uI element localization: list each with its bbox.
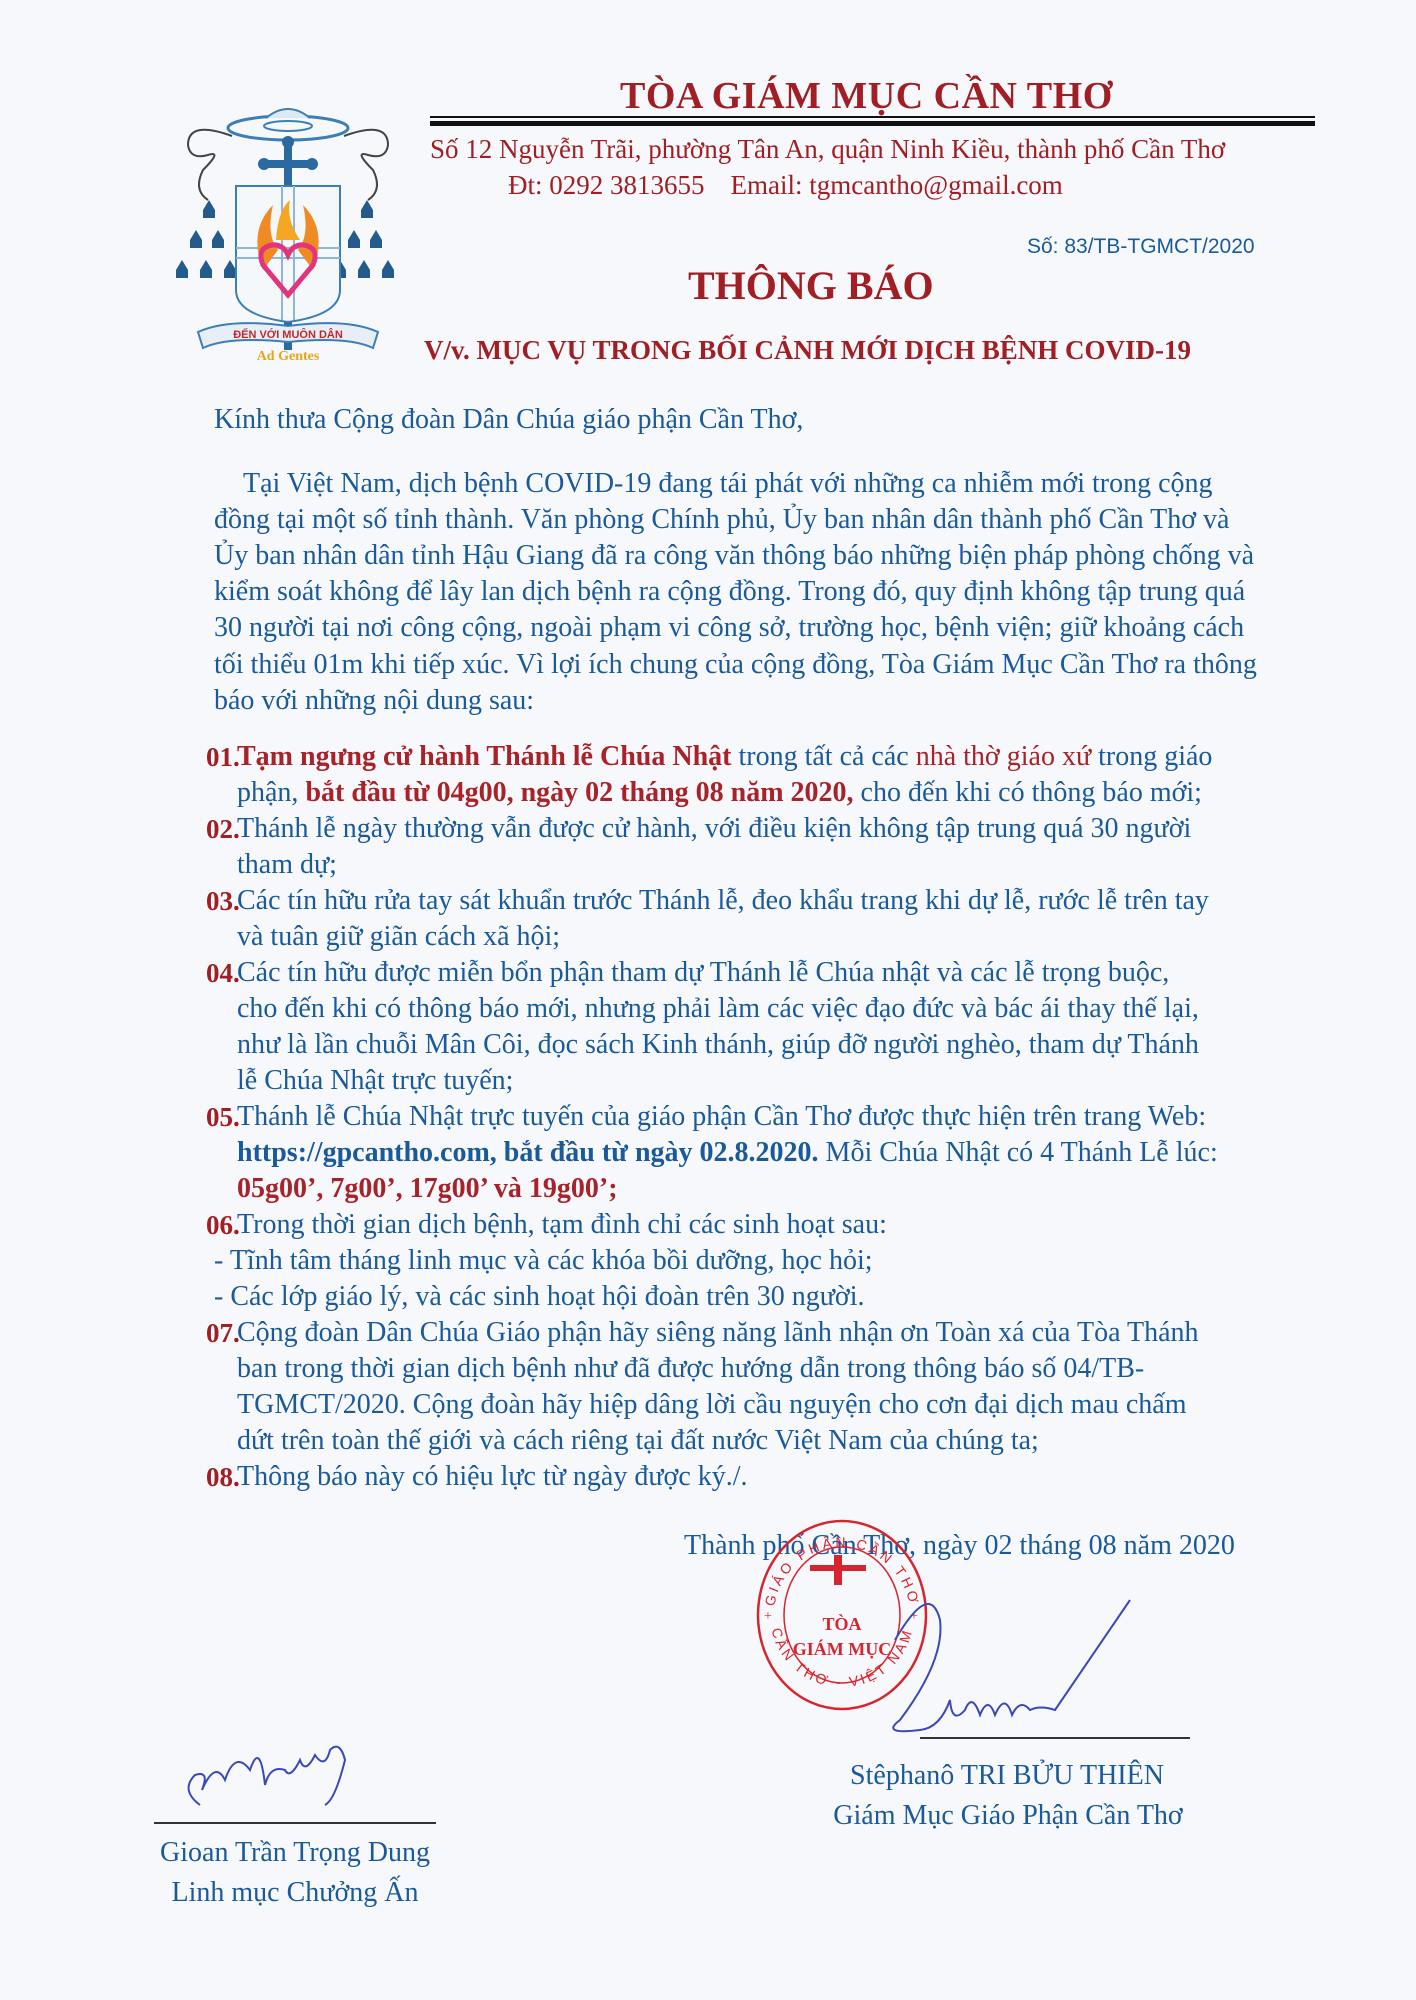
item-line: Thánh lễ Chúa Nhật trực tuyến của giáo p… bbox=[237, 1101, 1206, 1133]
item-text-segment: lễ Chúa Nhật trực tuyến; bbox=[237, 1065, 513, 1096]
item-text-segment: TGMCT/2020. Cộng đoàn hãy hiệp dâng lời … bbox=[237, 1389, 1187, 1420]
item-text-segment: trong tất cả các bbox=[731, 741, 915, 772]
item-line: https://gpcantho.com, bắt đầu từ ngày 02… bbox=[237, 1137, 1218, 1169]
sub-item: - Các lớp giáo lý, và các sinh hoạt hội … bbox=[214, 1281, 865, 1313]
item-line: Trong thời gian dịch bệnh, tạm đình chỉ … bbox=[237, 1209, 887, 1241]
svg-text:TÒA: TÒA bbox=[822, 1613, 861, 1634]
item-text-segment: cho đến khi có thông báo mới; bbox=[854, 777, 1202, 808]
item-text-segment: bắt đầu từ 04g00, ngày 02 tháng 08 năm 2… bbox=[305, 777, 853, 808]
item-number: 06. bbox=[206, 1210, 240, 1241]
svg-text:ĐẾN VỚI MUÔN DÂN: ĐẾN VỚI MUÔN DÂN bbox=[233, 328, 343, 341]
svg-text:+: + bbox=[764, 1609, 772, 1624]
item-text-segment: Thông báo này có hiệu lực từ ngày được k… bbox=[237, 1461, 748, 1492]
phone-number: Đt: 0292 3813655 bbox=[508, 170, 705, 200]
item-text-segment: Trong thời gian dịch bệnh, tạm đình chỉ … bbox=[237, 1209, 887, 1240]
item-text-segment: Các tín hữu rửa tay sát khuẩn trước Thán… bbox=[237, 885, 1209, 916]
item-line: 05g00’, 7g00’, 17g00’ và 19g00’; bbox=[237, 1173, 618, 1205]
item-number: 04. bbox=[206, 958, 240, 989]
item-line: lễ Chúa Nhật trực tuyến; bbox=[237, 1065, 513, 1097]
item-line: Tạm ngưng cử hành Thánh lễ Chúa Nhật tro… bbox=[237, 741, 1212, 773]
item-number: 08. bbox=[206, 1462, 240, 1493]
chancellor-signature-icon bbox=[140, 1720, 390, 1810]
bishop-title: Giám Mục Giáo Phận Cần Thơ bbox=[808, 1800, 1208, 1832]
item-text-segment: dứt trên toàn thế giới và cách riêng tại… bbox=[237, 1425, 1039, 1456]
item-line: TGMCT/2020. Cộng đoàn hãy hiệp dâng lời … bbox=[237, 1389, 1187, 1421]
item-text-segment: https://gpcantho.com, bắt đầu từ ngày 02… bbox=[237, 1137, 819, 1168]
item-line: tham dự; bbox=[237, 849, 337, 881]
item-line: Các tín hữu rửa tay sát khuẩn trước Thán… bbox=[237, 885, 1209, 917]
item-text-segment: ban trong thời gian dịch bệnh như đã đượ… bbox=[237, 1353, 1144, 1384]
item-line: Thông báo này có hiệu lực từ ngày được k… bbox=[237, 1461, 748, 1493]
item-number: 01. bbox=[206, 742, 240, 773]
header-rule-thick bbox=[430, 121, 1315, 126]
bishop-name: Stêphanô TRI BỬU THIÊN bbox=[827, 1760, 1187, 1792]
item-text-segment: và tuân giữ giãn cách xã hội; bbox=[237, 921, 560, 952]
intro-line: báo với những nội dung sau: bbox=[214, 687, 534, 715]
coat-of-arms-icon: ĐẾN VỚI MUÔN DÂN Ad Gentes bbox=[168, 100, 408, 360]
item-text-segment: Cộng đoàn Dân Chúa Giáo phận hãy siêng n… bbox=[237, 1317, 1199, 1348]
item-text-segment: như là lần chuỗi Mân Côi, đọc sách Kinh … bbox=[237, 1029, 1199, 1060]
bishop-signature-line bbox=[920, 1737, 1190, 1739]
chancellor-signature-line bbox=[154, 1822, 436, 1824]
document-subject: V/v. MỤC VỤ TRONG BỐI CẢNH MỚI DỊCH BỆNH… bbox=[424, 335, 1191, 366]
document-title: THÔNG BÁO bbox=[688, 262, 934, 309]
intro-line: đồng tại một số tỉnh thành. Văn phòng Ch… bbox=[214, 506, 1229, 534]
email-address: Email: tgmcantho@gmail.com bbox=[731, 170, 1063, 200]
chancellor-title: Linh mục Chưởng Ấn bbox=[130, 1877, 460, 1909]
item-text-segment: 05g00’, 7g00’, 17g00’ và 19g00’; bbox=[237, 1173, 618, 1204]
svg-text:GIÁM MỤC: GIÁM MỤC bbox=[793, 1638, 891, 1659]
organization-address: Số 12 Nguyễn Trãi, phường Tân An, quận N… bbox=[430, 134, 1225, 165]
document-number: Số: 83/TB-TGMCT/2020 bbox=[1027, 235, 1255, 259]
intro-line: Ủy ban nhân dân tỉnh Hậu Giang đã ra côn… bbox=[214, 542, 1254, 570]
item-line: và tuân giữ giãn cách xã hội; bbox=[237, 921, 560, 953]
sub-item: - Tĩnh tâm tháng linh mục và các khóa bồ… bbox=[214, 1245, 873, 1277]
svg-text:Ad Gentes: Ad Gentes bbox=[257, 349, 320, 360]
bishop-signature-icon bbox=[890, 1580, 1190, 1740]
item-text-segment: tham dự; bbox=[237, 849, 337, 880]
item-text-segment: Thánh lễ Chúa Nhật trực tuyến của giáo p… bbox=[237, 1101, 1206, 1132]
chancellor-name: Gioan Trần Trọng Dung bbox=[130, 1837, 460, 1869]
item-number: 03. bbox=[206, 886, 240, 917]
item-text-segment: nhà thờ giáo xứ bbox=[916, 741, 1091, 772]
intro-line: 30 người tại nơi công cộng, ngoài phạm v… bbox=[214, 614, 1244, 642]
intro-line: tối thiểu 01m khi tiếp xúc. Vì lợi ích c… bbox=[214, 651, 1257, 679]
item-text-segment: phận, bbox=[237, 777, 305, 808]
item-text-segment: Thánh lễ ngày thường vẫn được cử hành, v… bbox=[237, 813, 1191, 844]
item-line: như là lần chuỗi Mân Côi, đọc sách Kinh … bbox=[237, 1029, 1199, 1061]
intro-line: kiểm soát không để lây lan dịch bệnh ra … bbox=[214, 578, 1245, 606]
item-line: Thánh lễ ngày thường vẫn được cử hành, v… bbox=[237, 813, 1191, 845]
item-text-segment: Mỗi Chúa Nhật có 4 Thánh Lễ lúc: bbox=[819, 1137, 1218, 1168]
item-text-segment: Các tín hữu được miễn bổn phận tham dự T… bbox=[237, 957, 1169, 988]
item-number: 02. bbox=[206, 814, 240, 845]
item-line: Cộng đoàn Dân Chúa Giáo phận hãy siêng n… bbox=[237, 1317, 1199, 1349]
item-line: dứt trên toàn thế giới và cách riêng tại… bbox=[237, 1425, 1039, 1457]
item-text-segment: trong giáo bbox=[1091, 741, 1212, 772]
header-rule-thin bbox=[430, 116, 1315, 118]
organization-contact: Đt: 0292 3813655Email: tgmcantho@gmail.c… bbox=[508, 170, 1063, 201]
intro-line: Tại Việt Nam, dịch bệnh COVID-19 đang tá… bbox=[243, 470, 1213, 498]
item-text-segment: Tạm ngưng cử hành Thánh lễ Chúa Nhật bbox=[237, 741, 731, 772]
salutation: Kính thưa Cộng đoàn Dân Chúa giáo phận C… bbox=[214, 404, 803, 436]
item-line: cho đến khi có thông báo mới, nhưng phải… bbox=[237, 993, 1199, 1025]
item-line: Các tín hữu được miễn bổn phận tham dự T… bbox=[237, 957, 1169, 989]
item-line: ban trong thời gian dịch bệnh như đã đượ… bbox=[237, 1353, 1144, 1385]
item-text-segment: cho đến khi có thông báo mới, nhưng phải… bbox=[237, 993, 1199, 1024]
item-number: 07. bbox=[206, 1318, 240, 1349]
item-line: phận, bắt đầu từ 04g00, ngày 02 tháng 08… bbox=[237, 777, 1202, 809]
item-number: 05. bbox=[206, 1102, 240, 1133]
organization-name: TÒA GIÁM MỤC CẦN THƠ bbox=[620, 74, 1113, 118]
